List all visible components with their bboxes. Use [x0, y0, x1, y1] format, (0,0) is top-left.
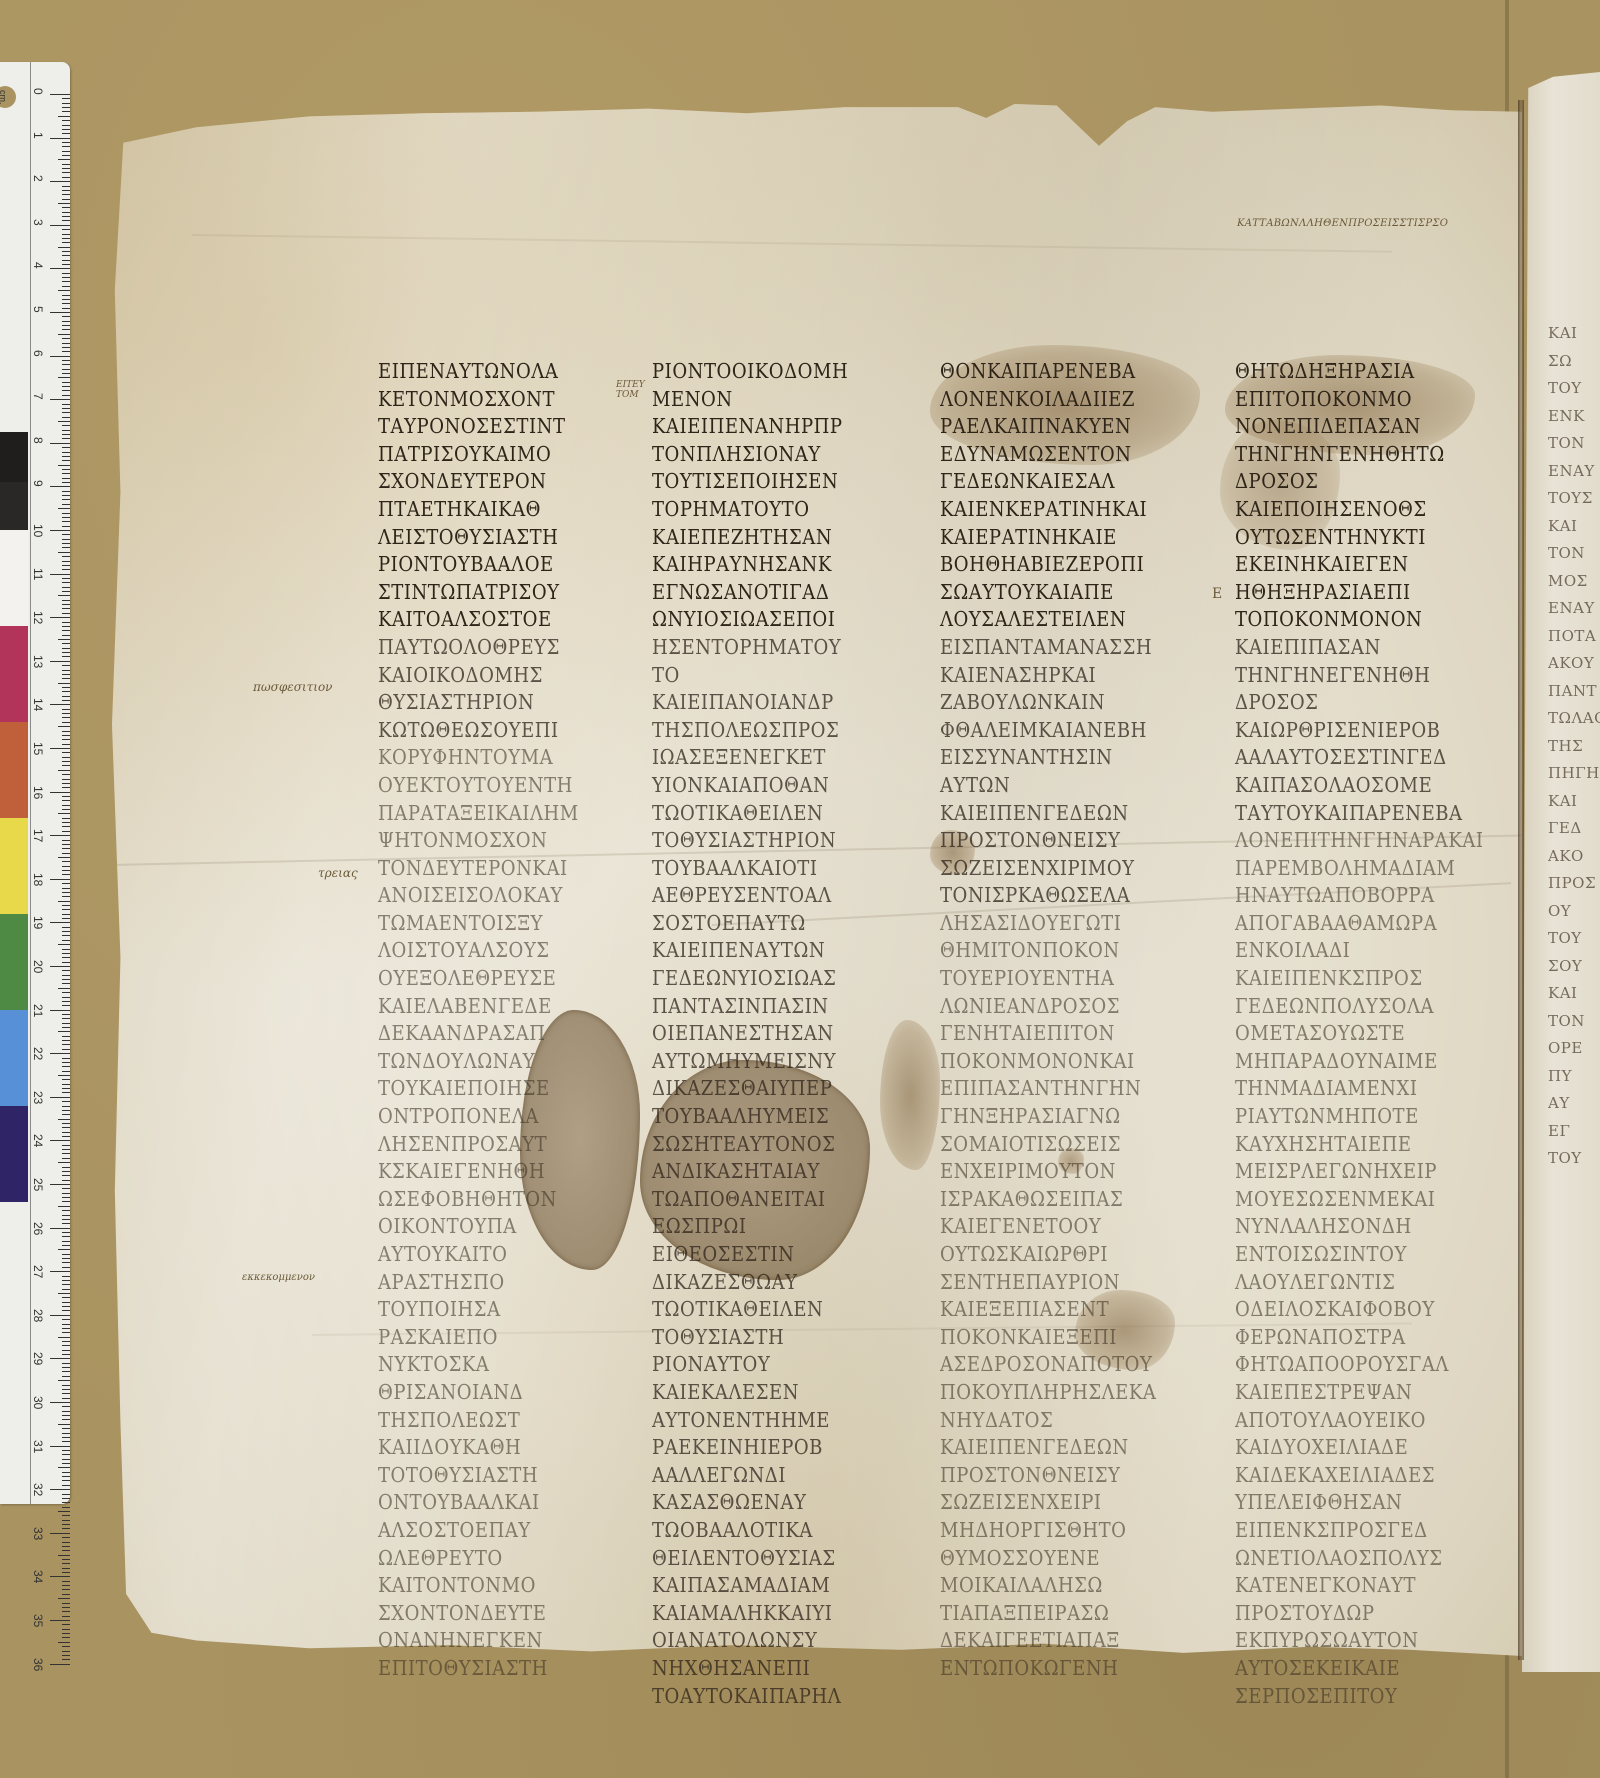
manuscript-line: ΛΑΟΥΛΕΓΩΝΤΙΣ [1235, 1269, 1484, 1297]
manuscript-line: ΓΕΔΕΩΝΥΙΟΣΙΩΑΣ [652, 965, 848, 993]
ruler-tick [62, 338, 70, 339]
manuscript-line: ΡΙΟΝΤΟΥΒΑΑΛΟΕ [378, 551, 579, 579]
manuscript-line: ΘΟΝΚΑΙΠΑΡΕΝΕΒΑ [940, 358, 1156, 386]
ruler-tick [50, 574, 70, 575]
ruler-tick [62, 1485, 70, 1486]
manuscript-line: ΣΟΜΑΙΟΤΙΣΩΣΕΙΣ [940, 1131, 1156, 1159]
manuscript-line: ΠΑΝΤΑΣΙΝΠΑΣΙΝ [652, 993, 848, 1021]
ruler-tick [62, 1550, 70, 1551]
manuscript-line: ΒΟΗΘΗΑΒΙΕΖΕΡΟΠΙ [940, 551, 1156, 579]
ruler-tick [62, 351, 70, 352]
manuscript-line: ΚΑΙΩΡΘΡΙΣΕΝΙΕΡΟΒ [1235, 717, 1484, 745]
ruler-tick [58, 552, 70, 553]
ruler-tick [62, 1611, 70, 1612]
manuscript-line: ΕΝΚΟΙΛΑΔΙ [1235, 937, 1484, 965]
manuscript-line: ΠΡΟΣΤΟΥΔΩΡ [1235, 1600, 1484, 1628]
facing-leaf-line: ΕΝΑΥ [1548, 458, 1600, 486]
ruler-tick [62, 909, 70, 910]
manuscript-line: ΤΑΥΤΟΥΚΑΙΠΑΡΕΝΕΒΑ [1235, 800, 1484, 828]
marginal-note-left: τρειας [318, 866, 358, 880]
ruler-tick [58, 857, 70, 858]
ruler-tick [50, 181, 70, 182]
manuscript-line: ΗΘΗΞΗΡΑΣΙΑΕΠΙ [1235, 579, 1484, 607]
ruler-tick [62, 1480, 70, 1481]
ruler-tick [62, 412, 70, 413]
ruler-tick [62, 277, 70, 278]
ruler-tick [62, 281, 70, 282]
ruler-tick [62, 194, 70, 195]
manuscript-line: ΚΣΚΑΙΕΓΕΝΗΘΗ [378, 1158, 579, 1186]
ruler-tick [62, 1167, 70, 1168]
manuscript-line: ΜΕΝΟΝ [652, 386, 848, 414]
ruler-tick [50, 312, 70, 313]
ruler-tick [50, 356, 70, 357]
manuscript-line: ΕΝΧΕΙΡΙΜΟΥΤΟΝ [940, 1158, 1156, 1186]
ruler-tick [58, 1337, 70, 1338]
manuscript-line: ΦΗΤΩΑΠΟΟΡΟΥΣΓΑΛ [1235, 1351, 1484, 1379]
ruler-tick [62, 940, 70, 941]
ruler-tick [62, 1079, 70, 1080]
ruler-tick [62, 1062, 70, 1063]
ruler-tick [50, 268, 70, 269]
ruler-tick [62, 329, 70, 330]
manuscript-line: ΤΗΝΓΗΝΓΕΝΗΘΗΤΩ [1235, 441, 1484, 469]
ruler-tick [62, 643, 70, 644]
ruler-tick [62, 709, 70, 710]
ruler-tick [62, 111, 70, 112]
ruler-tick [62, 438, 70, 439]
ruler-cm-label: 34 [31, 1570, 45, 1583]
manuscript-line: ΡΑΣΚΑΙΕΠΟ [378, 1324, 579, 1352]
facing-leaf-line: ΤΟΥΣ [1548, 485, 1600, 513]
ruler-tick [62, 635, 70, 636]
ruler-tick [62, 565, 70, 566]
ruler-tick [50, 792, 70, 793]
ruler-tick [62, 264, 70, 265]
ruler-tick [62, 556, 70, 557]
manuscript-line: ΓΕΔΕΩΝΚΑΙΕΣΑΛ [940, 468, 1156, 496]
manuscript-line: ΠΡΟΣΤΟΝΘΝΕΙΣΥ [940, 1462, 1156, 1490]
ruler-tick [50, 1140, 70, 1141]
manuscript-line: ΗΣΕΝΤΟΡΗΜΑΤΟΥ [652, 634, 848, 662]
ruler-cm-label: 9 [31, 480, 45, 487]
manuscript-line: ΑΡΑΣΤΗΣΠΟ [378, 1269, 579, 1297]
ruler-tick [62, 970, 70, 971]
ruler-tick [62, 1594, 70, 1595]
ruler-tick [62, 295, 70, 296]
ruler-tick [62, 469, 70, 470]
manuscript-line: ΟΙΑΝΑΤΟΛΩΝΣΥ [652, 1627, 848, 1655]
facing-leaf-line: ΓΕΔ [1548, 815, 1600, 843]
manuscript-line: ΑΝΟΙΣΕΙΣΟΛΟΚΑΥ [378, 882, 579, 910]
manuscript-line: ΛΟΝΕΝΚΟΙΛΑΔΙΙΕΖ [940, 386, 1156, 414]
ruler-cm-label: 20 [31, 960, 45, 973]
ruler-tick [62, 478, 70, 479]
ruler-tick [50, 617, 70, 618]
ruler-cm-label: 27 [31, 1265, 45, 1278]
manuscript-line: ΟΥΤΩΣΚΑΙΩΡΘΡΙ [940, 1241, 1156, 1269]
ruler-tick [62, 1563, 70, 1564]
manuscript-line: ΔΙΚΑΖΕΣΘΩΑΥ [652, 1269, 848, 1297]
ruler-tick [62, 325, 70, 326]
manuscript-line: ΠΑΡΑΤΑΞΕΙΚΑΙΛΗΜ [378, 800, 579, 828]
manuscript-line: ΓΗΝΞΗΡΑΣΙΑΓΝΩ [940, 1103, 1156, 1131]
manuscript-line: ΣΩΖΕΙΣΕΝΧΙΡΙΜΟΥ [940, 855, 1156, 883]
ruler-tick [62, 1345, 70, 1346]
manuscript-line: ΚΑΙΕΞΕΠΙΑΣΕΝΤ [940, 1296, 1156, 1324]
ruler-tick [62, 526, 70, 527]
manuscript-line: ΤΟΥΒΑΑΛΚΑΙΟΤΙ [652, 855, 848, 883]
manuscript-line: ΩΣΕΦΟΒΗΘΗΤΟΝ [378, 1186, 579, 1214]
ruler-tick [62, 687, 70, 688]
ruler-tick [62, 1219, 70, 1220]
manuscript-line: ΚΑΙΕΙΠΕΝΑΝΗΡΠΡ [652, 413, 848, 441]
ruler-tick [62, 386, 70, 387]
ruler-tick [62, 1502, 70, 1503]
ruler-tick [62, 874, 70, 875]
ruler-tick [62, 578, 70, 579]
marginal-mark: Ε [1212, 586, 1222, 602]
manuscript-line: ΠΟΚΟΝΚΑΙΕΞΕΠΙ [940, 1324, 1156, 1352]
manuscript-line: ΣΕΡΠΟΣΕΠΙΤΟΥ [1235, 1683, 1484, 1711]
marginal-note-top-right: ΚΑΤΤΑΒΩΝΛΛΗΘΕΝΠΡΟΣΕΙΣΣΤΙΣΡΣΟ [1237, 218, 1448, 229]
facing-leaf-line: ΕΓ [1548, 1118, 1600, 1146]
ruler-tick [62, 417, 70, 418]
ruler-tick [62, 1389, 70, 1390]
ruler-tick [62, 1267, 70, 1268]
ruler-tick [62, 1332, 70, 1333]
ruler-tick [62, 168, 70, 169]
ruler-tick [58, 1293, 70, 1294]
text-column-3: ΘΟΝΚΑΙΠΑΡΕΝΕΒΑΛΟΝΕΝΚΟΙΛΑΔΙΙΕΖΡΑΕΛΚΑΙΠΝΑΚ… [940, 358, 1186, 1683]
ruler-tick [62, 1153, 70, 1154]
ruler-scale: 0123456789101112131415161718192021222324… [31, 62, 70, 1504]
ruler-tick [62, 1589, 70, 1590]
ruler-tick [62, 1223, 70, 1224]
ruler-tick [62, 1411, 70, 1412]
ruler-tick [62, 744, 70, 745]
ruler-tick [58, 334, 70, 335]
ruler-tick [62, 630, 70, 631]
ruler-tick [62, 146, 70, 147]
manuscript-line: ΘΕΙΛΕΝΤΟΘΥΣΙΑΣ [652, 1545, 848, 1573]
ruler-tick [62, 1040, 70, 1041]
ruler-tick [50, 661, 70, 662]
ruler-tick [62, 164, 70, 165]
manuscript-line: ΚΑΙΕΙΠΕΝΓΕΔΕΩΝ [940, 1434, 1156, 1462]
manuscript-line: ΚΑΥΧΗΣΗΤΑΙΕΠΕ [1235, 1131, 1484, 1159]
manuscript-line: ΥΙΟΝΚΑΙΑΠΟΘΑΝ [652, 772, 848, 800]
ruler-tick [62, 1419, 70, 1420]
facing-leaf-line: ΠΗΓΗ [1548, 760, 1600, 788]
swatch-magenta [0, 626, 28, 722]
ruler-tick [62, 1515, 70, 1516]
manuscript-line: ΤΟΥΕΡΙΟΥΕΝΤΗΑ [940, 965, 1156, 993]
manuscript-line: ΑΑΛΛΕΓΩΝΔΙ [652, 1462, 848, 1490]
ruler-tick [62, 1528, 70, 1529]
ruler-tick [62, 1406, 70, 1407]
facing-leaf-line: ΤΟΝ [1548, 1008, 1600, 1036]
ruler-tick [62, 369, 70, 370]
ruler-tick [58, 1075, 70, 1076]
ruler-tick [62, 1324, 70, 1325]
ruler-tick [62, 1088, 70, 1089]
manuscript-line: ΖΑΒΟΥΛΩΝΚΑΙΝ [940, 689, 1156, 717]
ruler-tick [62, 1136, 70, 1137]
ruler-tick [62, 1262, 70, 1263]
ruler-tick [62, 1101, 70, 1102]
ruler-tick [62, 997, 70, 998]
ruler-tick [62, 883, 70, 884]
ruler-tick [62, 975, 70, 976]
manuscript-line: ΠΡΟΣΤΟΝΘΝΕΙΣΥ [940, 827, 1156, 855]
manuscript-line: ΑΠΟΓΑΒΑΑΘΑΜΩΡΑ [1235, 910, 1484, 938]
ruler-tick [62, 757, 70, 758]
ruler-tick [62, 670, 70, 671]
manuscript-line: ΓΕΔΕΩΝΠΟΛΥΣΟΛΑ [1235, 993, 1484, 1021]
ruler-tick [62, 133, 70, 134]
manuscript-line: ΑΥΤΟΝΕΝΤΗΗΜΕ [652, 1407, 848, 1435]
ruler-tick [62, 452, 70, 453]
manuscript-line: ΚΑΙΕΠΕΣΤΡΕΨΑΝ [1235, 1379, 1484, 1407]
ruler-tick [62, 273, 70, 274]
ruler-tick [62, 1498, 70, 1499]
ruler-tick [62, 600, 70, 601]
ruler-tick [50, 704, 70, 705]
ruler-tick [62, 308, 70, 309]
manuscript-line: ΕΝΤΟΙΣΩΣΙΝΤΟΥ [1235, 1241, 1484, 1269]
manuscript-line: ΑΝΔΙΚΑΣΗΤΑΙΑΥ [652, 1158, 848, 1186]
manuscript-line: ΤΗΝΓΗΝΕΓΕΝΗΘΗ [1235, 662, 1484, 690]
ruler-tick [62, 142, 70, 143]
ruler-cm-label: 10 [31, 524, 45, 537]
ruler-tick [62, 521, 70, 522]
ruler-cm-label: 28 [31, 1309, 45, 1322]
manuscript-line: ΤΟΠΟΚΟΝΜΟΝΟΝ [1235, 606, 1484, 634]
ruler-tick [58, 508, 70, 509]
ruler-tick [62, 608, 70, 609]
ruler-tick [62, 434, 70, 435]
ruler-tick [62, 783, 70, 784]
ruler-tick [62, 665, 70, 666]
ruler-cm-label: 26 [31, 1222, 45, 1235]
manuscript-line: ΤΟ [652, 662, 848, 690]
ruler-tick [50, 1620, 70, 1621]
manuscript-line: ΕΚΕΙΝΗΚΑΙΕΓΕΝ [1235, 551, 1484, 579]
ruler-tick [58, 988, 70, 989]
ruler-tick [62, 1655, 70, 1656]
ruler-tick [50, 922, 70, 923]
ruler-tick [62, 207, 70, 208]
ruler-cm-label: 11 [31, 568, 45, 580]
manuscript-line: ΥΠΕΛΕΙΦΘΗΣΑΝ [1235, 1489, 1484, 1517]
ruler-tick [62, 935, 70, 936]
ruler-tick [50, 1010, 70, 1011]
manuscript-line: ΔΕΚΑΙΓΕΕΤΙΑΠΑΞ [940, 1627, 1156, 1655]
ruler-tick [62, 1193, 70, 1194]
ruler-tick [62, 1507, 70, 1508]
ruler-tick [62, 604, 70, 605]
ruler-tick [62, 408, 70, 409]
facing-leaf-line: ΤΟΝ [1548, 430, 1600, 458]
manuscript-line: ΝΥΝΛΑΛΗΣΟΝΔΗ [1235, 1213, 1484, 1241]
ruler-tick [62, 831, 70, 832]
ruler-tick [58, 1162, 70, 1163]
ruler-tick [62, 918, 70, 919]
ruler-tick [62, 543, 70, 544]
facing-leaf-line: ΤΟΥ [1548, 375, 1600, 403]
manuscript-line: ΚΑΤΕΝΕΓΚΟΝΑΥΤ [1235, 1572, 1484, 1600]
ruler-cm-label: 15 [31, 742, 45, 755]
facing-leaf-line: ΠΟΤΑ [1548, 623, 1600, 651]
manuscript-line: ΑΥΤΟΥΚΑΙΤΟ [378, 1241, 579, 1269]
manuscript-line: ΝΗΧΘΗΣΑΝΕΠΙ [652, 1655, 848, 1683]
facing-leaf-line: ΤΩΛΑΟ [1548, 705, 1600, 733]
ruler-tick [62, 404, 70, 405]
manuscript-line: ΟΝΑΝΗΝΕΓΚΕΝ [378, 1627, 579, 1655]
manuscript-line: ΟΥΕΞΟΛΕΘΡΕΥΣΕ [378, 965, 579, 993]
ruler-tick [62, 1289, 70, 1290]
manuscript-line: ΤΟΥΤΙΣΕΠΟΙΗΣΕΝ [652, 468, 848, 496]
ruler-tick [62, 364, 70, 365]
facing-leaf-line: ΟΡΕ [1548, 1035, 1600, 1063]
ruler-tick [62, 1585, 70, 1586]
manuscript-line: ΩΛΕΘΡΕΥΤΟ [378, 1545, 579, 1573]
ruler-tick [62, 853, 70, 854]
manuscript-line: ΕΙΘΕΟΣΕΣΤΙΝ [652, 1241, 848, 1269]
ruler-tick [62, 539, 70, 540]
ruler-tick [62, 779, 70, 780]
manuscript-line: ΤΙΑΠΑΞΠΕΙΡΑΣΩ [940, 1600, 1156, 1628]
ruler-tick [62, 190, 70, 191]
ruler-tick [62, 1371, 70, 1372]
ruler-tick [62, 1607, 70, 1608]
swatch-green [0, 914, 28, 1010]
ruler-tick [62, 774, 70, 775]
ruler-tick [62, 1450, 70, 1451]
manuscript-line: ΤΑΥΡΟΝΟΣΕΣΤΙΝΤ [378, 413, 579, 441]
ruler-tick [62, 1520, 70, 1521]
manuscript-line: ΚΑΙΕΙΠΕΝΚΣΠΡΟΣ [1235, 965, 1484, 993]
ruler-tick [62, 1036, 70, 1037]
manuscript-line: ΔΡΟΣΟΣ [1235, 468, 1484, 496]
ruler-tick [62, 700, 70, 701]
ruler-tick [62, 953, 70, 954]
ruler-tick [58, 683, 70, 684]
ruler-tick [62, 800, 70, 801]
facing-leaf-line: ΤΟΥ [1548, 925, 1600, 953]
ruler-tick [62, 1280, 70, 1281]
manuscript-line: ΛΗΣΕΝΠΡΟΣΑΥΤ [378, 1131, 579, 1159]
ruler-tick [62, 390, 70, 391]
ruler-tick [62, 504, 70, 505]
manuscript-line: ΜΗΠΑΡΑΔΟΥΝΑΙΜΕ [1235, 1048, 1484, 1076]
ruler-tick [62, 1241, 70, 1242]
ruler-tick [62, 626, 70, 627]
ruler-tick [62, 495, 70, 496]
ruler-tick [58, 944, 70, 945]
manuscript-line: ΤΩΟΤΙΚΑΘΕΙΛΕΝ [652, 800, 848, 828]
ruler-tick [62, 678, 70, 679]
ruler-tick [62, 1171, 70, 1172]
ruler-tick [62, 1646, 70, 1647]
ruler-tick [62, 456, 70, 457]
ruler-tick [50, 530, 70, 531]
ruler-tick [62, 870, 70, 871]
ruler-cm-label: 30 [31, 1396, 45, 1409]
ruler-tick [50, 1402, 70, 1403]
ruler-tick [62, 826, 70, 827]
manuscript-line: ΕΩΣΠΡΩΙ [652, 1213, 848, 1241]
manuscript-line: ΣΩΣΗΤΕΑΥΤΟΝΟΣ [652, 1131, 848, 1159]
ruler-tick [62, 321, 70, 322]
ruler-cm-label: 22 [31, 1047, 45, 1060]
ruler-tick [62, 1106, 70, 1107]
ruler-tick [62, 674, 70, 675]
ruler-tick [62, 1110, 70, 1111]
ruler-tick [62, 343, 70, 344]
ruler-tick [58, 1249, 70, 1250]
manuscript-line: ΘΥΣΙΑΣΤΗΡΙΟΝ [378, 689, 579, 717]
ruler-tick [58, 203, 70, 204]
ruler-tick [62, 251, 70, 252]
ruler-tick [62, 1572, 70, 1573]
ruler-tick [62, 731, 70, 732]
ruler-tick [62, 1215, 70, 1216]
ruler-tick [62, 931, 70, 932]
facing-leaf-line: ΚΑΙ [1548, 320, 1600, 348]
ruler-tick [62, 787, 70, 788]
ruler-tick [62, 1633, 70, 1634]
manuscript-line: ΣΕΝΤΗΕΠΑΥΡΙΟΝ [940, 1269, 1156, 1297]
ruler-tick [50, 1228, 70, 1229]
manuscript-line: ΤΟΘΥΣΙΑΣΤΗΡΙΟΝ [652, 827, 848, 855]
manuscript-line: ΤΩΟΒΑΑΛΟΤΙΚΑ [652, 1517, 848, 1545]
manuscript-line: ΗΝΑΥΤΩΑΠΟΒΟΡΡΑ [1235, 882, 1484, 910]
ruler-tick [62, 1005, 70, 1006]
manuscript-line: ΚΑΙΕΙΠΕΝΑΥΤΩΝ [652, 937, 848, 965]
ruler-tick [62, 1367, 70, 1368]
manuscript-line: ΡΑΕΚΕΙΝΗΙΕΡΟΒ [652, 1434, 848, 1462]
ruler-tick [62, 914, 70, 915]
ruler-tick [62, 809, 70, 810]
manuscript-line: ΚΑΙΕΚΑΛΕΣΕΝ [652, 1379, 848, 1407]
ruler-tick [50, 443, 70, 444]
ruler-tick [62, 1044, 70, 1045]
manuscript-line: ΕΙΣΣΥΝΑΝΤΗΣΙΝ [940, 744, 1156, 772]
text-column-1: ΕΙΠΕΝΑΥΤΩΝΟΛΑΚΕΤΟΝΜΟΣΧΟΝΤΤΑΥΡΟΝΟΣΕΣΤΙΝΤΠ… [378, 358, 606, 1683]
swatch-yellow [0, 818, 28, 914]
ruler-tick [62, 796, 70, 797]
manuscript-line: ΚΑΙΠΑΣΟΛΑΟΣΟΜΕ [1235, 772, 1484, 800]
ruler-tick [62, 1350, 70, 1351]
manuscript-line: ΙΣΡΑΚΑΘΩΣΕΙΠΑΣ [940, 1186, 1156, 1214]
ruler-tick [62, 1363, 70, 1364]
ruler-cm-label: 12 [31, 611, 45, 624]
ruler-tick [62, 866, 70, 867]
manuscript-line: ΕΝΤΩΠΟΚΩΓΕΝΗ [940, 1655, 1156, 1683]
text-column-2: ΡΙΟΝΤΟΟΙΚΟΔΟΜΗΜΕΝΟΝΚΑΙΕΙΠΕΝΑΝΗΡΠΡΤΟΝΠΛΗΣ… [652, 358, 875, 1710]
ruler-tick [62, 848, 70, 849]
ruler-tick [62, 696, 70, 697]
manuscript-line: ΔΕΚΑΑΝΔΡΑΣΑΠ [378, 1020, 579, 1048]
swatch-orange [0, 722, 28, 818]
ruler-tick [62, 979, 70, 980]
ruler-tick [58, 1424, 70, 1425]
manuscript-line: ΤΟΡΗΜΑΤΟΥΤΟ [652, 496, 848, 524]
manuscript-line: ΛΟΥΣΑΛΕΣΤΕΙΛΕΝ [940, 606, 1156, 634]
ruler-cm-label: 17 [31, 829, 45, 842]
